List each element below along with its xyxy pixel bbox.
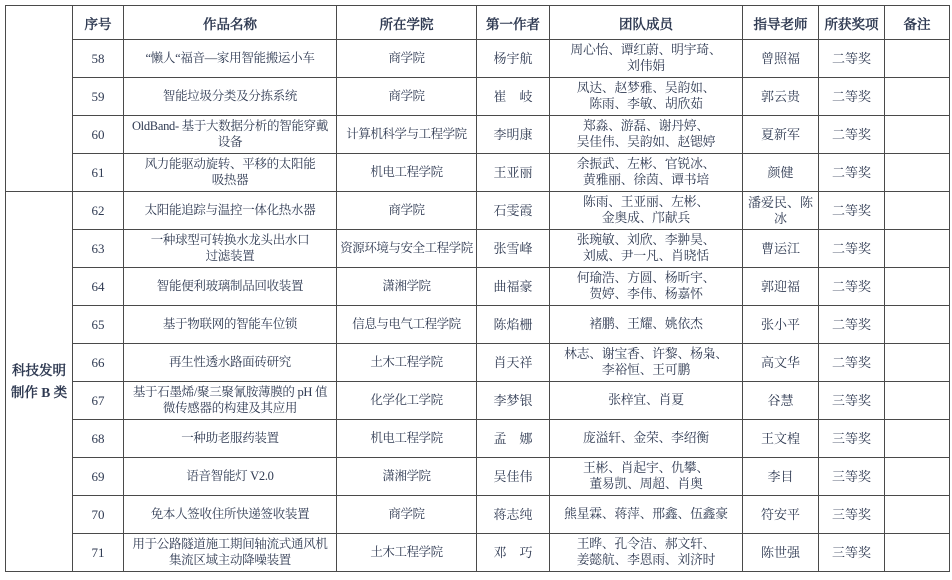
cell-note bbox=[885, 534, 950, 572]
cell-serial: 70 bbox=[73, 496, 124, 534]
cell-college: 化学化工学院 bbox=[337, 382, 477, 420]
header-row: 序号作品名称所在学院第一作者团队成员指导老师所获奖项备注 bbox=[6, 6, 950, 40]
cell-title: 风力能驱动旋转、平移的太阳能 吸热器 bbox=[124, 154, 337, 192]
cell-serial: 67 bbox=[73, 382, 124, 420]
cell-serial: 69 bbox=[73, 458, 124, 496]
table-row: 64智能便利玻璃制品回收装置潇湘学院曲福豪何瑜浩、方圆、杨昕宇、 贺婷、李伟、杨… bbox=[6, 268, 950, 306]
cell-title: 用于公路隧道施工期间轴流式通风机 集流区域主动降噪装置 bbox=[124, 534, 337, 572]
cell-advisor: 郭迎福 bbox=[743, 268, 819, 306]
cell-serial: 60 bbox=[73, 116, 124, 154]
column-header-4: 团队成员 bbox=[550, 6, 743, 40]
table-row: 58“懒人“福音—家用智能搬运小车商学院杨宇航周心怡、谭红蔚、明宇琦、 刘伟娟曾… bbox=[6, 40, 950, 78]
awards-table: 序号作品名称所在学院第一作者团队成员指导老师所获奖项备注58“懒人“福音—家用智… bbox=[5, 5, 950, 572]
cell-award: 二等奖 bbox=[819, 78, 885, 116]
cell-award: 二等奖 bbox=[819, 268, 885, 306]
cell-serial: 65 bbox=[73, 306, 124, 344]
cell-college: 资源环境与安全工程学院 bbox=[337, 230, 477, 268]
table-row: 69语音智能灯 V2.0潇湘学院吴佳伟王彬、肖起宇、仇攀、 董易凯、周超、肖奥李… bbox=[6, 458, 950, 496]
cell-college: 商学院 bbox=[337, 40, 477, 78]
cell-author: 杨宇航 bbox=[477, 40, 550, 78]
cell-note bbox=[885, 420, 950, 458]
table-row: 71用于公路隧道施工期间轴流式通风机 集流区域主动降噪装置土木工程学院邓 巧王晔… bbox=[6, 534, 950, 572]
cell-award: 二等奖 bbox=[819, 116, 885, 154]
cell-college: 机电工程学院 bbox=[337, 420, 477, 458]
cell-serial: 68 bbox=[73, 420, 124, 458]
cell-award: 二等奖 bbox=[819, 344, 885, 382]
cell-serial: 63 bbox=[73, 230, 124, 268]
cell-team: 陈雨、王亚丽、左彬、 金奥成、邝献兵 bbox=[550, 192, 743, 230]
column-header-1: 作品名称 bbox=[124, 6, 337, 40]
cell-title: 基于石墨烯/聚三聚氰胺薄膜的 pH 值 微传感器的构建及其应用 bbox=[124, 382, 337, 420]
cell-award: 三等奖 bbox=[819, 458, 885, 496]
cell-note bbox=[885, 458, 950, 496]
cell-author: 曲福豪 bbox=[477, 268, 550, 306]
cell-team: 王晔、孔令洁、郝文轩、 姜懿航、李恩雨、刘济时 bbox=[550, 534, 743, 572]
column-header-2: 所在学院 bbox=[337, 6, 477, 40]
cell-note bbox=[885, 154, 950, 192]
cell-title: 智能垃圾分类及分拣系统 bbox=[124, 78, 337, 116]
table-row: 68一种助老服药装置机电工程学院孟 娜庞溢轩、金荣、李绍衡王文楻三等奖 bbox=[6, 420, 950, 458]
cell-title: OldBand- 基于大数据分析的智能穿戴 设备 bbox=[124, 116, 337, 154]
column-header-7: 备注 bbox=[885, 6, 950, 40]
cell-author: 石雯霞 bbox=[477, 192, 550, 230]
cell-award: 二等奖 bbox=[819, 306, 885, 344]
cell-author: 王亚丽 bbox=[477, 154, 550, 192]
cell-serial: 71 bbox=[73, 534, 124, 572]
cell-advisor: 颜健 bbox=[743, 154, 819, 192]
column-header-5: 指导老师 bbox=[743, 6, 819, 40]
cell-advisor: 李目 bbox=[743, 458, 819, 496]
cell-award: 三等奖 bbox=[819, 534, 885, 572]
cell-title: 免本人签收住所快递签收装置 bbox=[124, 496, 337, 534]
cell-advisor: 王文楻 bbox=[743, 420, 819, 458]
cell-title: 太阳能追踪与温控一体化热水器 bbox=[124, 192, 337, 230]
cell-college: 商学院 bbox=[337, 192, 477, 230]
cell-author: 崔 岐 bbox=[477, 78, 550, 116]
cell-author: 孟 娜 bbox=[477, 420, 550, 458]
cell-team: 褚鹏、王耀、姚依杰 bbox=[550, 306, 743, 344]
table-row: 60OldBand- 基于大数据分析的智能穿戴 设备计算机科学与工程学院李明康郑… bbox=[6, 116, 950, 154]
table-row: 63一种球型可转换水龙头出水口 过滤装置资源环境与安全工程学院张雪峰张琬敏、刘欣… bbox=[6, 230, 950, 268]
cell-team: 张梓宜、肖夏 bbox=[550, 382, 743, 420]
cell-advisor: 潘爱民、陈冰 bbox=[743, 192, 819, 230]
cell-college: 计算机科学与工程学院 bbox=[337, 116, 477, 154]
category-cell-top bbox=[6, 6, 73, 192]
cell-award: 三等奖 bbox=[819, 382, 885, 420]
cell-note bbox=[885, 192, 950, 230]
cell-title: 基于物联网的智能车位锁 bbox=[124, 306, 337, 344]
cell-serial: 64 bbox=[73, 268, 124, 306]
cell-title: “懒人“福音—家用智能搬运小车 bbox=[124, 40, 337, 78]
cell-title: 智能便利玻璃制品回收装置 bbox=[124, 268, 337, 306]
cell-team: 郑淼、游磊、谢丹婷、 吴佳伟、吴韵如、赵锶婷 bbox=[550, 116, 743, 154]
cell-college: 商学院 bbox=[337, 496, 477, 534]
cell-title: 语音智能灯 V2.0 bbox=[124, 458, 337, 496]
table-row: 70免本人签收住所快递签收装置商学院蒋志纯熊星霖、蒋萍、邢鑫、伍鑫豪符安平三等奖 bbox=[6, 496, 950, 534]
cell-college: 信息与电气工程学院 bbox=[337, 306, 477, 344]
cell-award: 二等奖 bbox=[819, 154, 885, 192]
cell-serial: 58 bbox=[73, 40, 124, 78]
cell-title: 一种球型可转换水龙头出水口 过滤装置 bbox=[124, 230, 337, 268]
column-header-3: 第一作者 bbox=[477, 6, 550, 40]
cell-note bbox=[885, 40, 950, 78]
cell-author: 肖天祥 bbox=[477, 344, 550, 382]
table-row: 59智能垃圾分类及分拣系统商学院崔 岐凤达、赵梦雅、吴韵如、 陈雨、李敏、胡欣茹… bbox=[6, 78, 950, 116]
cell-team: 林志、谢宝香、许黎、杨枭、 李裕恒、王可鹏 bbox=[550, 344, 743, 382]
document-page: 序号作品名称所在学院第一作者团队成员指导老师所获奖项备注58“懒人“福音—家用智… bbox=[0, 0, 952, 580]
cell-award: 三等奖 bbox=[819, 420, 885, 458]
cell-team: 周心怡、谭红蔚、明宇琦、 刘伟娟 bbox=[550, 40, 743, 78]
cell-note bbox=[885, 116, 950, 154]
cell-college: 潇湘学院 bbox=[337, 458, 477, 496]
cell-advisor: 郭云贵 bbox=[743, 78, 819, 116]
table-row: 65基于物联网的智能车位锁信息与电气工程学院陈焰栅褚鹏、王耀、姚依杰张小平二等奖 bbox=[6, 306, 950, 344]
cell-note bbox=[885, 78, 950, 116]
cell-college: 土木工程学院 bbox=[337, 344, 477, 382]
cell-author: 张雪峰 bbox=[477, 230, 550, 268]
cell-award: 二等奖 bbox=[819, 230, 885, 268]
cell-college: 机电工程学院 bbox=[337, 154, 477, 192]
cell-serial: 59 bbox=[73, 78, 124, 116]
cell-award: 二等奖 bbox=[819, 192, 885, 230]
cell-advisor: 高文华 bbox=[743, 344, 819, 382]
cell-advisor: 曾照福 bbox=[743, 40, 819, 78]
table-row: 科技发明 制作 B 类62太阳能追踪与温控一体化热水器商学院石雯霞陈雨、王亚丽、… bbox=[6, 192, 950, 230]
cell-advisor: 张小平 bbox=[743, 306, 819, 344]
table-row: 66再生性透水路面砖研究土木工程学院肖天祥林志、谢宝香、许黎、杨枭、 李裕恒、王… bbox=[6, 344, 950, 382]
cell-author: 吴佳伟 bbox=[477, 458, 550, 496]
cell-serial: 61 bbox=[73, 154, 124, 192]
cell-team: 张琬敏、刘欣、李翀昊、 刘威、尹一凡、肖晓恬 bbox=[550, 230, 743, 268]
cell-team: 余振武、左彬、官锐冰、 黄雅丽、徐茵、谭书培 bbox=[550, 154, 743, 192]
cell-college: 土木工程学院 bbox=[337, 534, 477, 572]
cell-team: 熊星霖、蒋萍、邢鑫、伍鑫豪 bbox=[550, 496, 743, 534]
cell-title: 再生性透水路面砖研究 bbox=[124, 344, 337, 382]
category-cell-label: 科技发明 制作 B 类 bbox=[6, 192, 73, 572]
cell-award: 三等奖 bbox=[819, 496, 885, 534]
column-header-6: 所获奖项 bbox=[819, 6, 885, 40]
cell-author: 蒋志纯 bbox=[477, 496, 550, 534]
cell-note bbox=[885, 344, 950, 382]
cell-serial: 62 bbox=[73, 192, 124, 230]
cell-college: 商学院 bbox=[337, 78, 477, 116]
cell-team: 王彬、肖起宇、仇攀、 董易凯、周超、肖奥 bbox=[550, 458, 743, 496]
cell-award: 二等奖 bbox=[819, 40, 885, 78]
cell-advisor: 符安平 bbox=[743, 496, 819, 534]
cell-advisor: 谷慧 bbox=[743, 382, 819, 420]
cell-team: 凤达、赵梦雅、吴韵如、 陈雨、李敏、胡欣茹 bbox=[550, 78, 743, 116]
cell-advisor: 曹运江 bbox=[743, 230, 819, 268]
column-header-0: 序号 bbox=[73, 6, 124, 40]
cell-note bbox=[885, 306, 950, 344]
table-row: 67基于石墨烯/聚三聚氰胺薄膜的 pH 值 微传感器的构建及其应用化学化工学院李… bbox=[6, 382, 950, 420]
cell-note bbox=[885, 230, 950, 268]
cell-team: 何瑜浩、方圆、杨昕宇、 贺婷、李伟、杨嘉怀 bbox=[550, 268, 743, 306]
cell-college: 潇湘学院 bbox=[337, 268, 477, 306]
cell-team: 庞溢轩、金荣、李绍衡 bbox=[550, 420, 743, 458]
cell-author: 陈焰栅 bbox=[477, 306, 550, 344]
cell-author: 邓 巧 bbox=[477, 534, 550, 572]
cell-note bbox=[885, 382, 950, 420]
cell-advisor: 夏新军 bbox=[743, 116, 819, 154]
cell-author: 李明康 bbox=[477, 116, 550, 154]
cell-note bbox=[885, 496, 950, 534]
cell-advisor: 陈世强 bbox=[743, 534, 819, 572]
cell-title: 一种助老服药装置 bbox=[124, 420, 337, 458]
cell-author: 李梦银 bbox=[477, 382, 550, 420]
cell-serial: 66 bbox=[73, 344, 124, 382]
cell-note bbox=[885, 268, 950, 306]
table-row: 61风力能驱动旋转、平移的太阳能 吸热器机电工程学院王亚丽余振武、左彬、官锐冰、… bbox=[6, 154, 950, 192]
